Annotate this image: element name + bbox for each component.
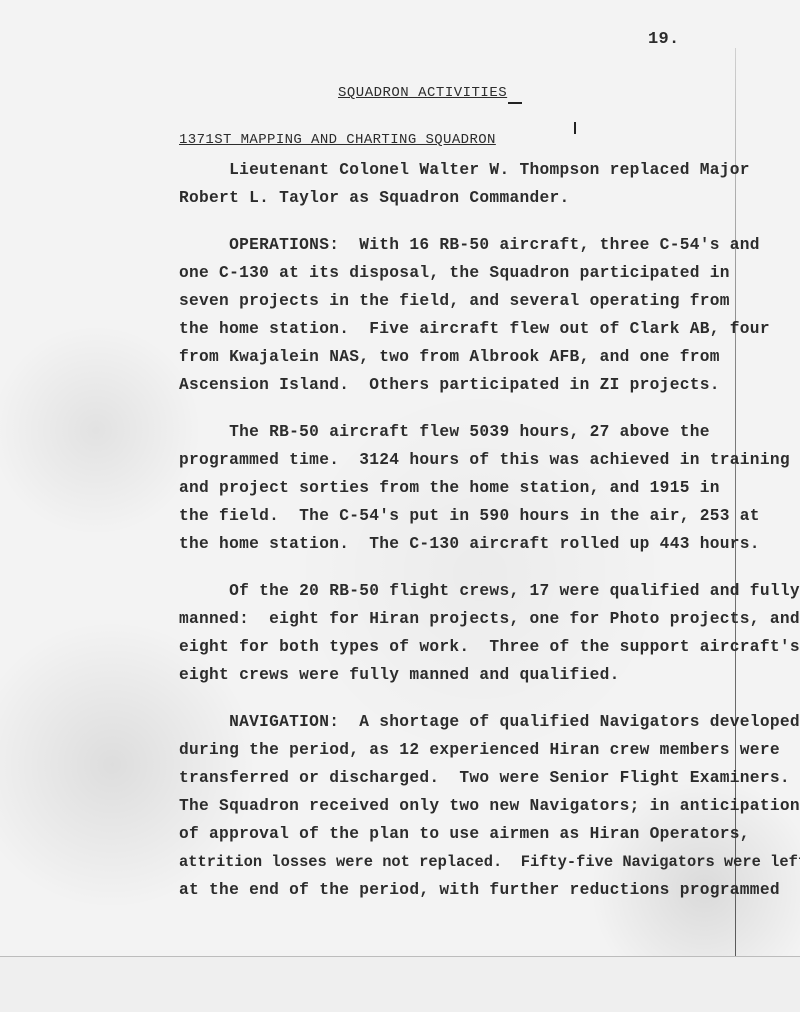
text-line: the home station. Five aircraft flew out… [179, 319, 770, 339]
page-edge-line [735, 48, 736, 956]
text-line: NAVIGATION: A shortage of qualified Navi… [179, 712, 800, 732]
text-line: of approval of the plan to use airmen as… [179, 824, 750, 844]
text-line: the home station. The C-130 aircraft rol… [179, 534, 760, 554]
document-page: 19. SQUADRON ACTIVITIES 1371ST MAPPING A… [0, 0, 800, 957]
text-line: eight for both types of work. Three of t… [179, 637, 800, 657]
unit-heading: 1371ST MAPPING AND CHARTING SQUADRON [179, 130, 496, 150]
text-line: from Kwajalein NAS, two from Albrook AFB… [179, 347, 720, 367]
text-line: eight crews were fully manned and qualif… [179, 665, 620, 685]
text-line: one C-130 at its disposal, the Squadron … [179, 263, 730, 283]
text-line: Of the 20 RB-50 flight crews, 17 were qu… [179, 581, 800, 601]
text-line: The RB-50 aircraft flew 5039 hours, 27 a… [179, 422, 710, 442]
text-line: OPERATIONS: With 16 RB-50 aircraft, thre… [179, 235, 760, 255]
text-line: attrition losses were not replaced. Fift… [179, 852, 800, 872]
section-title: SQUADRON ACTIVITIES [338, 83, 507, 103]
text-line: manned: eight for Hiran projects, one fo… [179, 609, 800, 629]
text-line: Robert L. Taylor as Squadron Commander. [179, 188, 570, 208]
text-line: at the end of the period, with further r… [179, 880, 780, 900]
stray-dash-mark [508, 102, 522, 104]
text-line: Lieutenant Colonel Walter W. Thompson re… [179, 160, 750, 180]
text-line: programmed time. 3124 hours of this was … [179, 450, 790, 470]
text-line: seven projects in the field, and several… [179, 291, 730, 311]
text-line: during the period, as 12 experienced Hir… [179, 740, 780, 760]
stray-tick-mark [574, 122, 576, 134]
text-line: and project sorties from the home statio… [179, 478, 720, 498]
text-line: the field. The C-54's put in 590 hours i… [179, 506, 760, 526]
page-number: 19. [648, 30, 680, 50]
text-line: transferred or discharged. Two were Seni… [179, 768, 790, 788]
text-line: Ascension Island. Others participated in… [179, 375, 720, 395]
text-line: The Squadron received only two new Navig… [179, 796, 800, 816]
